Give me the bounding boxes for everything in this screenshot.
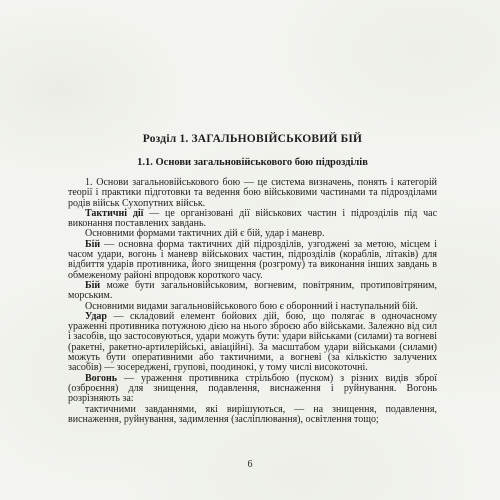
paragraph: Бій — основна форма тактичних дій підроз… [68, 240, 437, 281]
paragraph: Удар — складовий елемент бойових дій, бо… [68, 312, 437, 374]
paragraph: 1. Основи загальновійськового бою — це с… [68, 178, 437, 209]
page-content: Розділ 1. ЗАГАЛЬНОВІЙСЬКОВИЙ БІЙ 1.1. Ос… [68, 133, 437, 425]
paragraph-text: — складовий елемент бойових дій, бою, що… [68, 311, 437, 373]
chapter-title: Розділ 1. ЗАГАЛЬНОВІЙСЬКОВИЙ БІЙ [68, 133, 437, 145]
paragraph: тактичними завданнями, які вирішуються, … [68, 405, 437, 426]
body-text: 1. Основи загальновійськового бою — це с… [68, 178, 437, 425]
paragraph: Бій може бути загальновійськовим, вогнев… [68, 281, 437, 302]
scanned-book-page: Розділ 1. ЗАГАЛЬНОВІЙСЬКОВИЙ БІЙ 1.1. Ос… [0, 0, 500, 500]
paragraph-text: 1. Основи загальновійськового бою — це с… [68, 177, 437, 209]
paragraph-text: тактичними завданнями, які вирішуються, … [68, 404, 437, 425]
paragraph: Вогонь — ураження противника стрільбою (… [68, 374, 437, 405]
paragraph-text: — ураження противника стрільбою (пуском)… [68, 373, 437, 405]
paragraph-text: може бути загальновійськовим, вогневим, … [68, 280, 437, 301]
paragraph-text: — основна форма тактичних дій підрозділі… [68, 239, 437, 281]
section-title: 1.1. Основи загальновійськового бою підр… [68, 157, 437, 168]
page-number: 6 [0, 459, 500, 470]
paragraph: Тактичні дії — це організовані дії війсь… [68, 209, 437, 230]
